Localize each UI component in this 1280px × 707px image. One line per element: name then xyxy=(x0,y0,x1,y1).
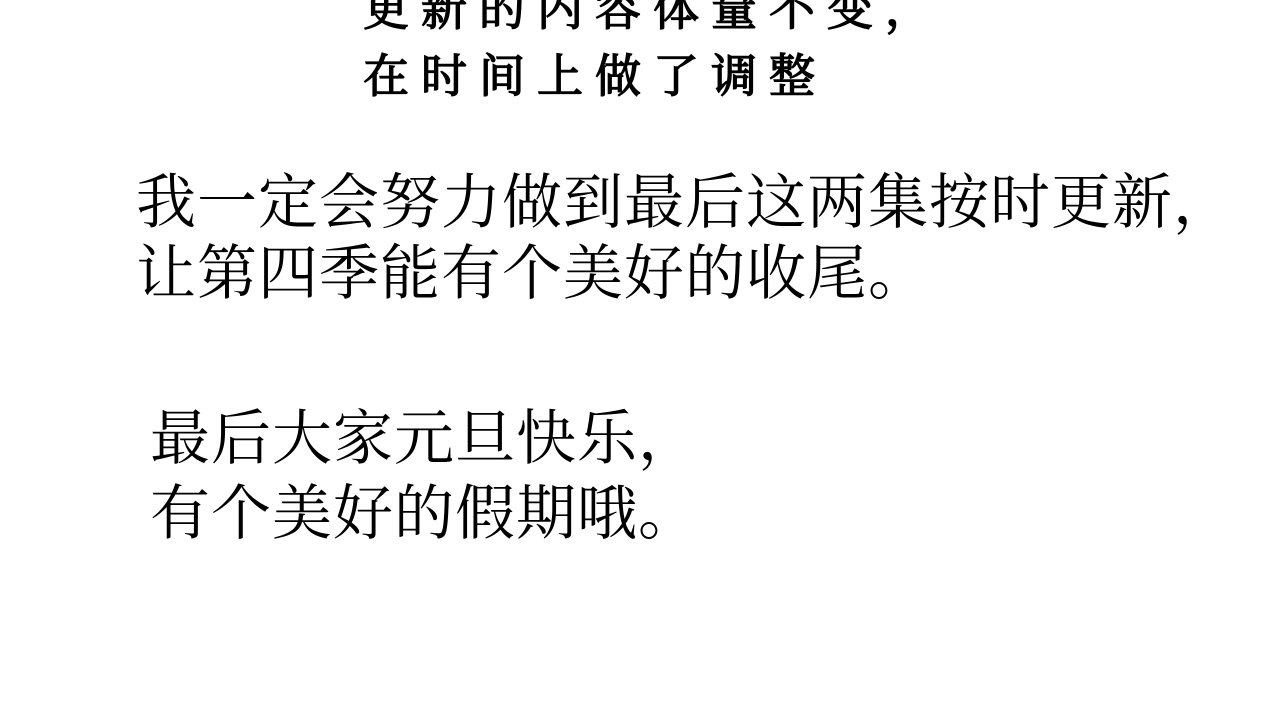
note-line-1: 更新的内容体量不变， xyxy=(363,0,943,32)
message-line-2: 让第四季能有个美好的收尾。 xyxy=(136,244,929,304)
message-line-1: 我一定会努力做到最后这两集按时更新， xyxy=(136,173,1234,233)
note-line-2: 在时间上做了调整 xyxy=(363,53,827,99)
greeting-line-1: 最后大家元旦快乐， xyxy=(150,409,699,469)
comic-text-panel: 更新的内容体量不变， 在时间上做了调整 我一定会努力做到最后这两集按时更新， 让… xyxy=(0,0,1280,707)
greeting-line-2: 有个美好的假期哦。 xyxy=(150,484,699,544)
